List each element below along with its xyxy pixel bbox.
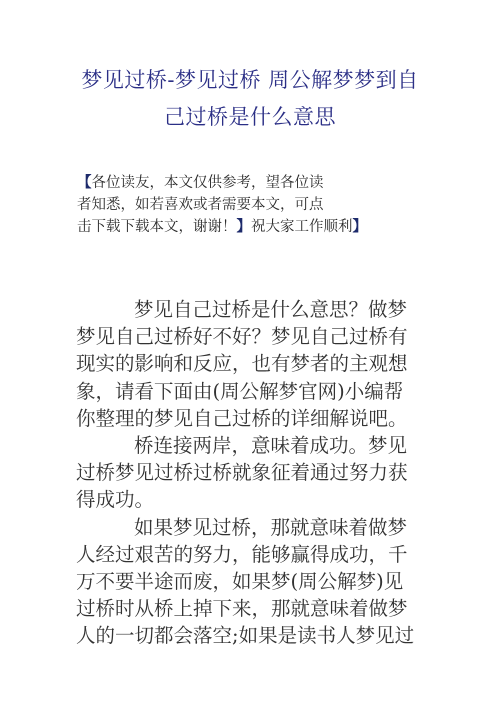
mid-bracket: 】: [237, 218, 252, 235]
paragraph-line: 如果梦见过桥，那就意味着做梦: [76, 514, 426, 541]
title-line-2: 己过桥是什么意思: [0, 99, 500, 136]
paragraph-line: 梦见自己过桥好不好？梦见自己过桥有: [76, 323, 426, 350]
paragraph-2: 桥连接两岸，意味着成功。梦见 过桥梦见过桥过桥就象征着通过努力获 得成功。: [76, 432, 426, 514]
title-line-1: 梦见过桥-梦见过桥 周公解梦梦到自: [0, 62, 500, 99]
paragraph-line: 人经过艰苦的努力，能够赢得成功，千: [76, 541, 426, 568]
paragraph-line: 人的一切都会落空;如果是读书人梦见过: [76, 622, 426, 649]
paragraph-line: 万不要半途而废，如果梦(周公解梦)见: [76, 568, 426, 595]
paragraph-line: 梦见自己过桥是什么意思？做梦: [76, 296, 426, 323]
paragraph-line: 现实的影响和反应，也有梦者的主观想: [76, 350, 426, 377]
open-bracket: 【: [77, 174, 92, 191]
paragraph-line: 桥连接两岸，意味着成功。梦见: [76, 432, 426, 459]
paragraph-line: 过桥梦见过桥过桥就象征着通过努力获: [76, 459, 426, 486]
paragraph-line: 象，请看下面由(周公解梦官网)小编帮: [76, 378, 426, 405]
note-line-3: 击下载下载本文，谢谢！】祝大家工作顺利】: [77, 216, 417, 238]
reader-note: 【各位读友，本文仅供参考，望各位读 者知悉，如若喜欢或者需要本文，可点 击下载下…: [77, 172, 417, 238]
note-line-2: 者知悉，如若喜欢或者需要本文，可点: [77, 194, 417, 216]
document-title: 梦见过桥-梦见过桥 周公解梦梦到自 己过桥是什么意思: [0, 62, 500, 136]
note-closing: 祝大家工作顺利: [251, 219, 353, 235]
paragraph-line: 你整理的梦见自己过桥的详细解说吧。: [76, 405, 426, 432]
paragraph-1: 梦见自己过桥是什么意思？做梦 梦见自己过桥好不好？梦见自己过桥有 现实的影响和反…: [76, 296, 426, 432]
paragraph-3: 如果梦见过桥，那就意味着做梦 人经过艰苦的努力，能够赢得成功，千 万不要半途而废…: [76, 514, 426, 650]
note-line-1: 【各位读友，本文仅供参考，望各位读: [77, 172, 417, 194]
paragraph-line: 过桥时从桥上掉下来，那就意味着做梦: [76, 595, 426, 622]
paragraph-line: 得成功。: [76, 486, 426, 513]
close-bracket: 】: [353, 218, 368, 235]
document-body: 梦见自己过桥是什么意思？做梦 梦见自己过桥好不好？梦见自己过桥有 现实的影响和反…: [76, 296, 426, 650]
